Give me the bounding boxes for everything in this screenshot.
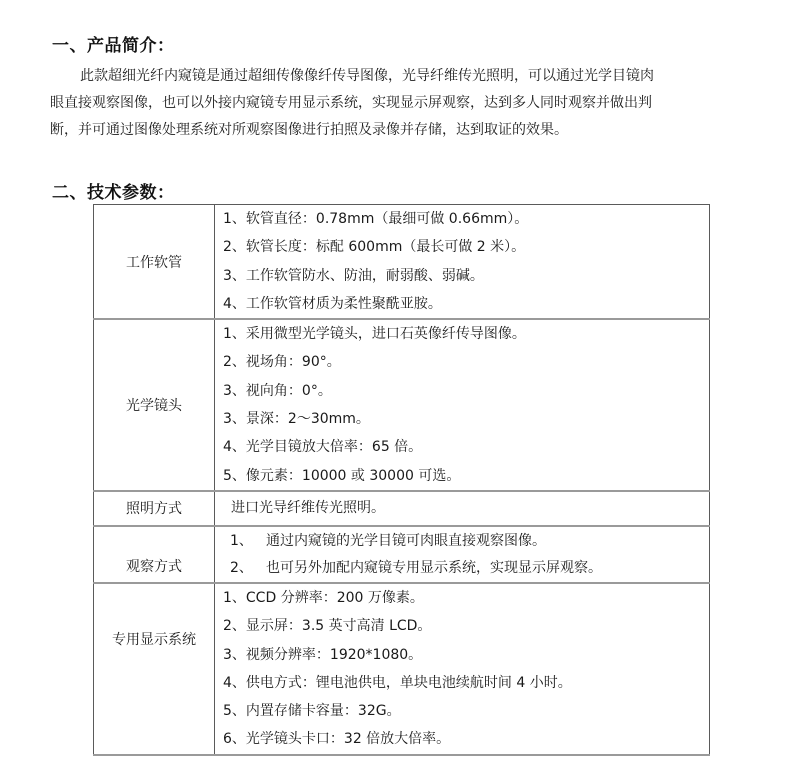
spec-label: 照明方式 — [94, 491, 215, 526]
spec-item: 5、内置存储卡容量：32G。 — [223, 697, 709, 725]
product-intro-paragraph: 此款超细光纤内窥镜是通过超细传像像纤传导图像，光导纤维传光照明，可以通过光学目镜… — [50, 63, 770, 144]
intro-line: 此款超细光纤内窥镜是通过超细传像像纤传导图像，光导纤维传光照明，可以通过光学目镜… — [50, 63, 770, 90]
spec-item: 3、景深：2～30mm。 — [223, 405, 709, 433]
spec-values: 1、软管直径：0.78mm（最细可做 0.66mm）。 2、软管长度：标配 60… — [215, 205, 710, 320]
spec-values: 1、通过内窥镜的光学目镜可肉眼直接观察图像。 2、也可另外加配内窥镜专用显示系统… — [215, 526, 710, 583]
spec-values: 进口光导纤维传光照明。 — [215, 491, 710, 526]
spec-item: 4、供电方式：锂电池供电，单块电池续航时间 4 小时。 — [223, 669, 709, 697]
spec-item: 进口光导纤维传光照明。 — [231, 492, 709, 525]
spec-item: 5、像元素：10000 或 30000 可选。 — [223, 462, 709, 490]
intro-line: 断，并可通过图像处理系统对所观察图像进行拍照及录像并存储，达到取证的效果。 — [50, 117, 770, 144]
spec-item: 2、显示屏：3.5 英寸高清 LCD。 — [223, 612, 709, 640]
section-heading-tech-params: 二、技术参数： — [52, 178, 175, 203]
spec-item: 3、视频分辨率：1920*1080。 — [223, 641, 709, 669]
spec-item-text: 通过内窥镜的光学目镜可肉眼直接观察图像。 — [266, 533, 546, 549]
spec-item: 2、视场角：90°。 — [223, 348, 709, 376]
spec-item: 1、CCD 分辨率：200 万像素。 — [223, 584, 709, 612]
spec-item: 4、光学目镜放大倍率：65 倍。 — [223, 433, 709, 461]
spec-item-number: 2、 — [230, 555, 266, 582]
spec-item-number: 1、 — [230, 528, 266, 555]
spec-item: 1、采用微型光学镜头，进口石英像纤传导图像。 — [223, 320, 709, 348]
spec-row-hose: 工作软管 1、软管直径：0.78mm（最细可做 0.66mm）。 2、软管长度：… — [94, 205, 710, 320]
section-heading-product-intro: 一、产品简介： — [52, 31, 175, 56]
spec-item: 6、光学镜头卡口：32 倍放大倍率。 — [223, 725, 709, 753]
spec-row-lighting: 照明方式 进口光导纤维传光照明。 — [94, 491, 710, 526]
spec-row-display-system: 专用显示系统 1、CCD 分辨率：200 万像素。 2、显示屏：3.5 英寸高清… — [94, 583, 710, 755]
spec-item: 3、视向角：0°。 — [223, 377, 709, 405]
spec-item: 1、软管直径：0.78mm（最细可做 0.66mm）。 — [223, 205, 709, 233]
spec-item: 4、工作软管材质为柔性聚酰亚胺。 — [223, 290, 709, 318]
spec-row-observation: 观察方式 1、通过内窥镜的光学目镜可肉眼直接观察图像。 2、也可另外加配内窥镜专… — [94, 526, 710, 583]
spec-values: 1、采用微型光学镜头，进口石英像纤传导图像。 2、视场角：90°。 3、视向角：… — [215, 319, 710, 491]
spec-item: 3、工作软管防水、防油，耐弱酸、弱碱。 — [223, 262, 709, 290]
spec-row-optics: 光学镜头 1、采用微型光学镜头，进口石英像纤传导图像。 2、视场角：90°。 3… — [94, 319, 710, 491]
spec-item-text: 也可另外加配内窥镜专用显示系统，实现显示屏观察。 — [266, 560, 602, 576]
spec-item: 2、软管长度：标配 600mm（最长可做 2 米）。 — [223, 233, 709, 261]
spec-label: 工作软管 — [94, 205, 215, 320]
spec-item: 2、也可另外加配内窥镜专用显示系统，实现显示屏观察。 — [223, 555, 709, 582]
spec-values: 1、CCD 分辨率：200 万像素。 2、显示屏：3.5 英寸高清 LCD。 3… — [215, 583, 710, 755]
spec-label: 观察方式 — [94, 526, 215, 583]
spec-item: 1、通过内窥镜的光学目镜可肉眼直接观察图像。 — [223, 528, 709, 555]
spec-table: 工作软管 1、软管直径：0.78mm（最细可做 0.66mm）。 2、软管长度：… — [93, 204, 710, 756]
spec-label: 光学镜头 — [94, 319, 215, 491]
spec-label: 专用显示系统 — [94, 583, 215, 755]
intro-line: 眼直接观察图像，也可以外接内窥镜专用显示系统，实现显示屏观察，达到多人同时观察并… — [50, 90, 770, 117]
